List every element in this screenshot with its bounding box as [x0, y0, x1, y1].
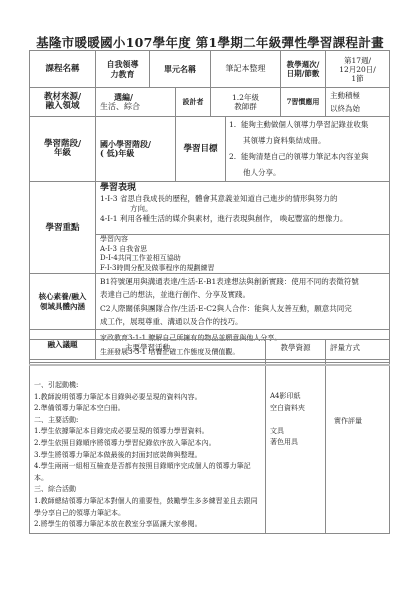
- source-value: 選編/生活、綜合: [96, 88, 176, 117]
- source-value-1: 選編/: [100, 92, 133, 102]
- activity-line: 1.教師總結領導力筆記本對個人的重要性，鼓勵學生多多練習並且去跟同學分享自己的領…: [34, 496, 261, 519]
- document-title: 基隆市暖暖國小107學年度 第1學期二年級彈性學習課程計畫: [0, 33, 420, 51]
- goal-item-cont: 其領導力資料集結成冊。: [229, 133, 386, 149]
- habit-value: 主動積極以終為始: [326, 88, 390, 117]
- assessment-cell: 實作評量: [326, 365, 390, 533]
- header-resources: 教學資源: [266, 340, 326, 363]
- course-name-value: 自我領導力教育: [96, 51, 150, 88]
- resource-item: 空白資料夾: [270, 403, 321, 415]
- resource-item: A4影印紙: [270, 391, 321, 403]
- stage-label: 學習階段/年級: [30, 117, 96, 182]
- focus-label: 學習重點: [30, 182, 96, 274]
- performance-title: 學習表現: [100, 183, 385, 194]
- resource-item: 文具: [270, 426, 321, 438]
- content-item: F-I-3時間分配及做事程序的規劃練習: [100, 264, 385, 274]
- activity-line: 2.準備領導力筆記本空白冊。: [34, 403, 261, 415]
- habit-value-1: 主動積極: [330, 91, 360, 100]
- activity-line: 2.學生依照目錄順序將領導力學習紀錄依序放入筆記本內。: [34, 438, 261, 450]
- habit-value-2: 以終為始: [330, 104, 360, 113]
- content-item: A-I-3 自我省思: [100, 245, 385, 255]
- header-activities: 主要學習活動: [30, 340, 266, 363]
- content-item: D-I-4共同工作並相互協助: [100, 254, 385, 264]
- course-name-label: 課程名稱: [30, 51, 96, 88]
- performance-cell: 學習表現 1-I-3 省思自我成長的歷程，體會其意義並知道自己進步的情形與努力的…: [96, 182, 390, 235]
- activity-line: 1.教師說明領導力筆記本目錄與必要呈現的資料內容。: [34, 392, 261, 404]
- goal-item: 1. 能夠主動做個人領導力學習記錄並收集: [229, 117, 386, 133]
- core-item-cont: 成工作，展現尊重、溝通以及合作的技巧。: [100, 315, 385, 329]
- activities-cell: 一、引起動機: 1.教師說明領導力筆記本目錄與必要呈現的資料內容。 2.準備領導…: [30, 365, 266, 533]
- activity-line: 一、引起動機:: [34, 380, 261, 392]
- goals-list: 1. 能夠主動做個人領導力學習記錄並收集 其領導力資料集結成冊。 2. 能夠清楚…: [226, 117, 390, 182]
- goal-label: 學習目標: [176, 117, 226, 182]
- resources-cell: A4影印紙 空白資料夾 文具 著色用具: [266, 365, 326, 533]
- performance-item: 4-I-1 利用各種生活的媒介與素材，進行表現與創作， 喚起豐富的想像力。: [100, 214, 385, 224]
- performance-item-cont: 方向。: [100, 204, 385, 214]
- habit-label: 7習慣應用: [281, 88, 326, 117]
- core-item: B1符號運用與溝通表達/生活-E-B1表達想法與創新實踐：使用不同的表徵符號: [100, 275, 385, 289]
- source-label: 教材來源/融入領域: [30, 88, 96, 117]
- designer-label: 設計者: [176, 88, 211, 117]
- course-info-table-main: 課程名稱 自我領導力教育 單元名稱 筆記本整理 教學週次/日期/節數 第17週/…: [29, 50, 390, 360]
- activity-table: 主要學習活動 教學資源 評量方式 一、引起動機: 1.教師說明領導力筆記本目錄與…: [29, 339, 390, 534]
- goal-item: 2. 能夠清楚自己的領導力筆記本內容並與: [229, 149, 386, 165]
- week-value: 第17週/12月20日/1節: [326, 51, 390, 88]
- unit-name-value: 筆記本整理: [211, 51, 281, 88]
- content-cell: 學習內容 A-I-3 自我省思 D-I-4共同工作並相互協助 F-I-3時間分配…: [96, 235, 390, 274]
- source-value-2: 生活、綜合: [100, 102, 140, 111]
- activity-line: 2.將學生的領導力筆記本放在教室分享區讓大家參閱。: [34, 519, 261, 531]
- content-title: 學習內容: [100, 235, 385, 245]
- resource-item: [270, 414, 321, 426]
- resource-item: 著色用具: [270, 437, 321, 449]
- performance-item: 1-I-3 省思自我成長的歷程，體會其意義並知道自己進步的情形與努力的: [100, 194, 385, 204]
- activity-line: 1.學生依據筆記本目錄完成必要呈現的領導力學習資料。: [34, 426, 261, 438]
- activity-line: 二、主要活動:: [34, 415, 261, 427]
- stage-value: 國小學習階段/( 低)年級: [96, 117, 176, 182]
- activity-line: 4.學生兩兩一組相互檢查是否都有按照目錄順序完成個人的領導力筆記本。: [34, 461, 261, 484]
- designer-value: 1.2年級教師群: [211, 88, 281, 117]
- week-label: 教學週次/日期/節數: [281, 51, 326, 88]
- core-label: 核心素養/融入領域具體內涵: [30, 274, 96, 330]
- header-assessment: 評量方式: [326, 340, 390, 363]
- core-item: C2人際關係與團隊合作/生活-E-C2與人合作：能與人友善互動，願意共同完: [100, 302, 385, 316]
- core-cell: B1符號運用與溝通表達/生活-E-B1表達想法與創新實踐：使用不同的表徵符號 表…: [96, 274, 390, 330]
- activity-line: 3.學生將領導力筆記本做最後的封面封底裝飾與整理。: [34, 450, 261, 462]
- goal-item-cont: 他人分享。: [229, 165, 386, 181]
- unit-name-label: 單元名稱: [150, 51, 211, 88]
- core-item-cont: 表達自己的想法，並進行創作、分享及實踐。: [100, 288, 385, 302]
- activity-line: 三、綜合活動: [34, 484, 261, 496]
